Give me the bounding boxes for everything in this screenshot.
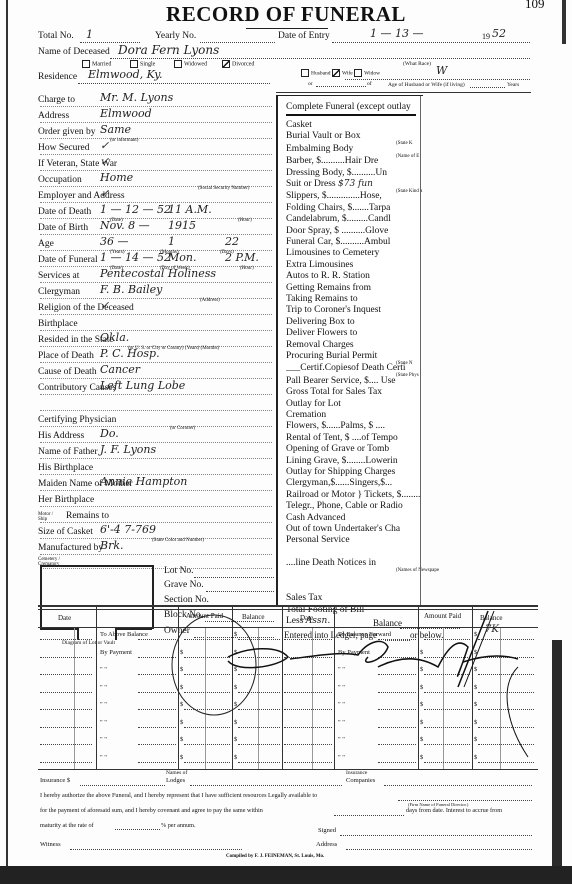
- charge-item[interactable]: Outlay for Lot: [286, 399, 421, 409]
- field-value: Do.: [100, 427, 119, 440]
- charge-item[interactable]: Outlay for Shipping Charges: [286, 467, 421, 477]
- deceased-name-value: Dora Fern Lyons: [118, 43, 219, 57]
- field-input[interactable]: [40, 506, 272, 507]
- charge-item[interactable]: ___Certif.Copiesof Death Certi: [286, 363, 421, 373]
- charge-item[interactable]: Railroad or Motor } Tickets, $..........: [286, 490, 421, 500]
- date-of-entry-year-value: 52: [492, 27, 506, 40]
- charge-item-label: Flowers, $......Palms, $ ....: [286, 421, 385, 431]
- header-divider: [276, 92, 531, 93]
- field-label: Date of Birth: [38, 223, 88, 233]
- page-left-edge: [6, 0, 8, 884]
- field-value-2: 11 A.M.: [168, 203, 212, 216]
- charge-item[interactable]: Getting Remains from: [286, 283, 421, 293]
- lodges-label-top: Names of: [166, 770, 187, 776]
- deceased-name-label: Name of Deceased: [38, 47, 110, 57]
- spouse-age-field[interactable]: [470, 87, 505, 88]
- what-race-label: (What Race): [403, 61, 431, 67]
- per-annum-text: % per annum.: [161, 822, 196, 829]
- charge-item[interactable]: Embalming Body: [286, 144, 421, 154]
- charge-item-label: Extra Limousines: [286, 260, 353, 270]
- field-value: Annie Hampton: [100, 475, 187, 488]
- race-value: W: [436, 64, 447, 77]
- charge-item[interactable]: Lining Grave, $........Lowerin: [286, 456, 421, 466]
- charge-item-label: Getting Remains from: [286, 283, 371, 293]
- charge-item[interactable]: ....line Death Notices in: [286, 558, 421, 568]
- marital-option-widowed[interactable]: Widowed: [174, 60, 207, 68]
- charge-item-label: Railroad or Motor } Tickets, $..........: [286, 490, 421, 500]
- field-value: 1 — 12 — 52: [100, 203, 171, 216]
- spouse-years-label: Years: [507, 82, 519, 88]
- field-label: Date of Death: [38, 207, 91, 217]
- field-label: Cause of Death: [38, 367, 97, 377]
- field-label: Address: [38, 111, 69, 121]
- field-value: 1 — 14 — 52: [100, 251, 171, 264]
- field-label: Birthplace: [38, 319, 78, 329]
- field-value: ✓: [100, 139, 109, 152]
- charge-item-label: Funeral Car, $..........Ambul: [286, 237, 390, 247]
- field-label: His Birthplace: [38, 463, 93, 473]
- charge-item-value: $73 fun: [338, 179, 373, 189]
- field-label: Order given by: [38, 127, 96, 137]
- charge-item[interactable]: Flowers, $......Palms, $ ....: [286, 421, 421, 431]
- married-checkbox[interactable]: [82, 60, 90, 68]
- field-value-2: Mon.: [168, 251, 196, 264]
- field-label: Place of Death: [38, 351, 94, 361]
- charge-item-label: Pall Bearer Service, $.... Use: [286, 376, 395, 386]
- field-label: How Secured: [38, 143, 89, 153]
- field-input[interactable]: [40, 394, 272, 395]
- field-hint: (Address): [200, 298, 220, 303]
- section-no-label: Section No.: [164, 595, 209, 605]
- charge-item[interactable]: Candelabrum, $.........Candl: [286, 214, 421, 224]
- field-value: F. B. Bailey: [100, 283, 162, 296]
- total-no-label: Total No.: [38, 31, 74, 41]
- field-label: Manufactured by: [38, 543, 103, 553]
- charge-item-label: Delivering Box to: [286, 317, 355, 327]
- spouse-of-label: of: [367, 81, 372, 87]
- field-value: Nov. 8 —: [100, 219, 150, 232]
- charge-item-label: Casket: [286, 120, 312, 130]
- charge-item[interactable]: Delivering Box to: [286, 317, 421, 327]
- field-input[interactable]: [40, 522, 272, 523]
- residence-label: Residence: [38, 72, 77, 82]
- charge-item-label: Personal Service: [286, 535, 350, 545]
- charge-item[interactable]: Casket: [286, 120, 421, 130]
- field-hint: (Social Security Number): [198, 186, 249, 191]
- witness-field[interactable]: [70, 849, 242, 850]
- charge-item[interactable]: Cash Advanced: [286, 513, 421, 523]
- charge-item-label: Outlay for Shipping Charges: [286, 467, 395, 477]
- page-number: 109: [525, 0, 545, 12]
- field-value-2: 1915: [168, 219, 196, 232]
- field-value: Cancer: [100, 363, 140, 376]
- field-input[interactable]: [40, 154, 272, 155]
- charge-item[interactable]: Suit or Dress $73 fun: [286, 179, 421, 189]
- witness-label: Witness: [40, 841, 61, 848]
- field-input[interactable]: [40, 122, 272, 123]
- date-of-entry-field[interactable]: [332, 42, 530, 43]
- insurance-label: Insurance $: [40, 777, 70, 784]
- charge-item[interactable]: Barber, $..........Hair Dre: [286, 156, 421, 166]
- date-of-entry-year-prefix: 19: [482, 32, 490, 41]
- signature-overlay-icon: [38, 607, 538, 771]
- charge-item[interactable]: Gross Total for Sales Tax: [286, 387, 421, 397]
- lodges-label: Lodges: [166, 777, 185, 784]
- field-input[interactable]: [40, 426, 272, 427]
- charge-item[interactable]: Clergyman,$......Singers,$...: [286, 478, 421, 488]
- date-of-entry-value: 1 — 13 —: [370, 27, 424, 40]
- charge-item-label: Embalming Body: [286, 144, 353, 154]
- widow-checkbox[interactable]: [354, 69, 362, 77]
- page-title: RECORD OF FUNERAL: [0, 2, 572, 27]
- field-value: Left Lung Lobe: [100, 379, 185, 392]
- field-value-2: 1: [168, 235, 175, 248]
- title-underline: [246, 28, 328, 29]
- yearly-no-label: Yearly No.: [155, 31, 196, 41]
- field-value: ✓: [100, 187, 109, 200]
- charges-panel: Complete Funeral (except outlay CasketBu…: [276, 95, 423, 606]
- field-input[interactable]: [40, 106, 272, 107]
- field-label: Occupation: [38, 175, 82, 185]
- charge-item-label: Sales Tax: [286, 593, 322, 603]
- companies-label-top: Insurance: [346, 770, 367, 776]
- field-label: Services at: [38, 271, 79, 281]
- spouse-or-label: or: [308, 81, 313, 87]
- total-no-value: 1: [86, 28, 93, 41]
- authorize-text: I hereby authorize the above Funeral, an…: [40, 792, 317, 799]
- charge-item[interactable]: Trip to Coroner's Inquest: [286, 305, 421, 315]
- charge-item-label: Folding Chairs, $.......Tarpa: [286, 203, 390, 213]
- marital-option-single[interactable]: Single: [130, 60, 155, 68]
- motor-ship-label: Motor / Ship: [38, 512, 56, 522]
- field-label: Name of Father: [38, 447, 98, 457]
- field-hint-3: (Hour): [240, 266, 254, 271]
- address-label: Address: [316, 841, 337, 848]
- charge-item-label: Slippers, $..............Hose,: [286, 191, 382, 201]
- charge-item[interactable]: Personal Service: [286, 535, 421, 545]
- lot-no-label: Lot No.: [164, 566, 194, 576]
- charge-item-label: Procuring Burial Permit: [286, 351, 377, 361]
- field-value: Home: [100, 171, 133, 184]
- charge-item-label: Out of town Undertaker's Cha: [286, 524, 400, 534]
- charge-item[interactable]: Autos to R. R. Station: [286, 271, 421, 281]
- date-of-entry-label: Date of Entry: [278, 31, 330, 41]
- field-value: 36 —: [100, 235, 129, 248]
- marital-option-married[interactable]: Married: [82, 60, 111, 68]
- charge-item[interactable]: Sales Tax: [286, 593, 421, 603]
- divorced-checkbox-checked[interactable]: [222, 60, 230, 68]
- field-value-3: 2 P.M.: [225, 251, 259, 264]
- field-label: Religion of the Deceased: [38, 303, 134, 313]
- charge-item[interactable]: Out of town Undertaker's Cha: [286, 524, 421, 534]
- deceased-name-field[interactable]: [110, 58, 530, 59]
- charge-item[interactable]: Telegr., Phone, Cable or Radio: [286, 501, 421, 511]
- field-input[interactable]: [40, 458, 272, 459]
- charge-item[interactable]: Extra Limousines: [286, 260, 421, 270]
- field-hint: (or Coroner): [170, 426, 195, 431]
- charge-item[interactable]: Pall Bearer Service, $.... Use: [286, 376, 421, 386]
- charge-item[interactable]: Deliver Flowers to: [286, 328, 421, 338]
- grave-no-label: Grave No.: [164, 580, 204, 590]
- field-input[interactable]: [40, 362, 272, 363]
- spouse-options: Husband Wife Widow: [301, 69, 380, 77]
- field-input[interactable]: [40, 298, 272, 299]
- charges-header: Complete Funeral (except outlay: [286, 102, 421, 112]
- charge-item-label: Autos to R. R. Station: [286, 271, 370, 281]
- field-value: ✓: [100, 155, 109, 168]
- charge-item[interactable]: Taking Remains to: [286, 294, 421, 304]
- charge-item-label: Door Spray, $ ..........Glove: [286, 226, 388, 236]
- field-value: Same: [100, 123, 131, 136]
- wife-checkbox-checked[interactable]: [332, 69, 340, 77]
- firm-name-field[interactable]: [398, 800, 532, 801]
- field-hint-2: (Hour): [238, 218, 252, 223]
- charge-item[interactable]: Removal Charges: [286, 340, 421, 350]
- field-input[interactable]: [40, 138, 272, 139]
- charge-item[interactable]: Door Spray, $ ..........Glove: [286, 226, 421, 236]
- field-label: Size of Casket: [38, 527, 93, 537]
- field-value: Elmwood: [100, 107, 152, 120]
- field-value: Mr. M. Lyons: [100, 91, 173, 104]
- field-value: P. C. Hosp.: [100, 347, 160, 360]
- grave-no-field[interactable]: [206, 591, 274, 592]
- field-hint: (State Color and Number): [152, 538, 204, 543]
- payment-ledger: Date Amount Paid Balance Date Amount Pai…: [38, 605, 538, 771]
- charge-item[interactable]: Funeral Car, $..........Ambul: [286, 237, 421, 247]
- field-hint: (or informant): [110, 138, 138, 143]
- charge-item-label: Removal Charges: [286, 340, 354, 350]
- charge-item[interactable]: Limousines to Cemetery: [286, 248, 421, 258]
- charge-item[interactable]: Folding Chairs, $.......Tarpa: [286, 203, 421, 213]
- field-value: ✓: [100, 299, 109, 312]
- charges-header-underline: [286, 114, 416, 116]
- field-label: Date of Funeral: [38, 255, 98, 265]
- lot-no-field[interactable]: [194, 577, 274, 578]
- field-label: Certifying Physician: [38, 415, 116, 425]
- charge-item-label: Candelabrum, $.........Candl: [286, 214, 391, 224]
- field-input[interactable]: [40, 410, 272, 411]
- charges-right-border: [420, 96, 421, 606]
- companies-label: Companies: [346, 777, 375, 784]
- husband-checkbox[interactable]: [301, 69, 309, 77]
- marital-option-divorced[interactable]: Divorced: [222, 60, 254, 68]
- charge-item[interactable]: Opening of Grave or Tomb: [286, 444, 421, 454]
- field-value: Brk.: [100, 539, 124, 552]
- field-label: Employer and Address: [38, 191, 125, 201]
- single-checkbox[interactable]: [130, 60, 138, 68]
- compiled-by: Compiled by F. J. FEINEMAN, St. Louis, M…: [226, 854, 324, 859]
- signed-field[interactable]: [340, 835, 532, 836]
- field-input[interactable]: [40, 170, 272, 171]
- field-input[interactable]: [40, 554, 272, 555]
- residence-value: Elmwood, Ky.: [88, 68, 162, 81]
- charge-item[interactable]: Dressing Body, $..........Un: [286, 168, 421, 178]
- charge-item[interactable]: Slippers, $..............Hose,: [286, 191, 421, 201]
- spouse-name-field[interactable]: [316, 86, 366, 87]
- page-right-edge: [552, 640, 562, 884]
- field-label: Clergyman: [38, 287, 80, 297]
- charge-item[interactable]: Rental of Tent, $ ....of Tempo: [286, 433, 421, 443]
- field-value: J. F. Lyons: [100, 443, 156, 456]
- charge-item-label: Gross Total for Sales Tax: [286, 387, 382, 397]
- charge-item-label: Limousines to Cemetery: [286, 248, 379, 258]
- days-text: days from date. Interest to accrue from: [406, 807, 502, 814]
- field-label: Age: [38, 239, 54, 249]
- insurance-field[interactable]: [80, 785, 165, 786]
- field-input[interactable]: [40, 314, 272, 315]
- charge-item[interactable]: Burial Vault or Box: [286, 131, 421, 141]
- covenant-text: for the payment of aforesaid sum, and I …: [40, 807, 263, 814]
- spouse-age-label: Age of Husband or Wife (if living): [388, 82, 465, 88]
- field-value-3: 22: [225, 235, 239, 248]
- widowed-checkbox[interactable]: [174, 60, 182, 68]
- charge-item-label: Opening of Grave or Tomb: [286, 444, 389, 454]
- charge-item-hint: (Names of Newspape: [396, 568, 439, 573]
- charge-item-label: Trip to Coroner's Inquest: [286, 305, 381, 315]
- charge-item-label: Cremation: [286, 410, 326, 420]
- field-value: 6'-4 7-769: [100, 523, 156, 536]
- charge-item-label: Cash Advanced: [286, 513, 345, 523]
- charge-item-label: Telegr., Phone, Cable or Radio: [286, 501, 403, 511]
- race-field[interactable]: [345, 79, 530, 80]
- charge-item[interactable]: Cremation: [286, 410, 421, 420]
- charge-item-label: Barber, $..........Hair Dre: [286, 156, 378, 166]
- field-label: Remains to: [66, 511, 109, 521]
- field-input[interactable]: [40, 330, 272, 331]
- charge-item-label: Rental of Tent, $ ....of Tempo: [286, 433, 398, 443]
- lodges-field[interactable]: [190, 785, 342, 786]
- charge-item-label: Dressing Body, $..........Un: [286, 168, 387, 178]
- charge-item-label: Taking Remains to: [286, 294, 358, 304]
- charge-item-label: Outlay for Lot: [286, 399, 341, 409]
- charge-item-label: Suit or Dress: [286, 179, 336, 189]
- signer-address-field[interactable]: [346, 849, 532, 850]
- charge-item[interactable]: Procuring Burial Permit: [286, 351, 421, 361]
- field-value: Okla.: [100, 331, 129, 344]
- charge-item-label: Lining Grave, $........Lowerin: [286, 456, 398, 466]
- charge-item-label: ....line Death Notices in: [286, 558, 376, 568]
- field-value: Pentecostal Holiness: [100, 267, 216, 280]
- days-field[interactable]: [334, 815, 404, 816]
- signed-label: Signed: [318, 827, 336, 834]
- page-bottom-edge: [0, 866, 572, 884]
- charge-item-label: ___Certif.Copiesof Death Certi: [286, 363, 406, 373]
- maturity-text: maturity at the rate of: [40, 822, 94, 829]
- funeral-record-page: RECORD OF FUNERAL 109 Total No. 1 Yearly…: [0, 0, 572, 884]
- field-label: Her Birthplace: [38, 495, 94, 505]
- field-input[interactable]: [40, 490, 272, 491]
- charge-item-label: Clergyman,$......Singers,$...: [286, 478, 392, 488]
- companies-field[interactable]: [384, 785, 532, 786]
- field-label: Charge to: [38, 95, 75, 105]
- residence-field[interactable]: [78, 83, 270, 84]
- charge-item-label: Burial Vault or Box: [286, 131, 361, 141]
- charge-item-label: Deliver Flowers to: [286, 328, 357, 338]
- field-label: His Address: [38, 431, 84, 441]
- interest-rate-field[interactable]: [115, 829, 160, 830]
